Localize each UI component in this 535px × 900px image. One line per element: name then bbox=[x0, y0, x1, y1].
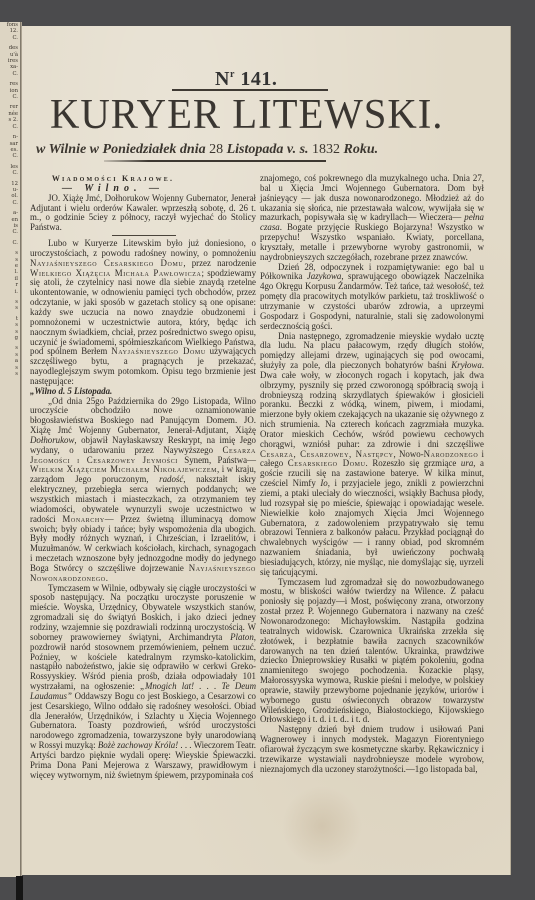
text-run-smallcaps: Cesarskiego Domu bbox=[288, 458, 366, 468]
text-run-smallcaps: Wielkiego Xiążęcia Michała Pawłowicza bbox=[30, 268, 201, 278]
dateline-suffix: Roku. bbox=[340, 142, 378, 157]
left-column: Wiadomości Krajowe. — Wilno. — JO. Xiążę… bbox=[30, 174, 256, 780]
margin-fragment: s bbox=[0, 371, 20, 377]
text-run: , i przyjaciele jego, znikli z powierzch… bbox=[260, 478, 484, 577]
text-run: . Bogate przyjęcie Ruskiego Bojarzyna! W… bbox=[260, 222, 484, 262]
text-run: Synem, Państwa— bbox=[178, 455, 256, 465]
issue-sup: r bbox=[230, 69, 235, 80]
text-run: . Dwa całe woły, w złoconych rogach i ko… bbox=[260, 360, 484, 449]
text-run-italic: Jazykowa bbox=[307, 271, 342, 281]
text-run: Lubo w Kuryerze Litewskim było już donie… bbox=[30, 238, 256, 258]
text-run-italic: ura bbox=[461, 458, 473, 468]
article-paragraph: „Od dnia 25go Października do 29go Listo… bbox=[30, 397, 256, 584]
text-run: , sprawującego obowiązek Naczelnika 4go … bbox=[260, 271, 484, 330]
dateline: w Wilnie w Poniedziałek dnia 28 Listopad… bbox=[36, 142, 496, 158]
text-run-smallcaps: Nayjaśnieyszego Cesarskiego Domu bbox=[30, 258, 183, 268]
text-run-smallcaps: Wielkim Xiążęciem Michałem Nikołajewicze… bbox=[30, 464, 217, 474]
masthead-rule-short bbox=[172, 89, 328, 91]
dateline-place: w Wilnie w Poniedziałek dnia bbox=[36, 142, 209, 157]
right-column: znajomego, coś pokrewnego dla muzykalneg… bbox=[260, 174, 484, 774]
separator-rule bbox=[112, 235, 176, 236]
newspaper-page: Nr 141. KURYER LITEWSKI. w Wilnie w Poni… bbox=[22, 26, 510, 875]
text-run-italic: Bożè zachoway Króla! bbox=[98, 740, 178, 750]
text-run: Tymczasem w Wilnie, odbywały się ciągłe … bbox=[30, 583, 256, 642]
issue-prefix: N bbox=[215, 68, 230, 90]
text-run-italic: radość bbox=[159, 474, 183, 484]
text-run-smallcaps: Monarchy bbox=[62, 514, 104, 524]
text-run-smallcaps: Nayjaśnieyszego Domu bbox=[111, 346, 206, 356]
dateline-day: 28 bbox=[209, 142, 223, 157]
text-run: „Od dnia 25go Października do 29go Listo… bbox=[30, 396, 256, 436]
dateline-year: 1832 bbox=[312, 142, 340, 157]
text-run: . bbox=[106, 573, 108, 583]
article-paragraph: Tymczasem w Wilnie, odbywały się ciągłe … bbox=[30, 584, 256, 781]
spine-shadow bbox=[16, 876, 23, 900]
article-paragraph: Tymczasem lud zgromadzał się do nowozbud… bbox=[260, 578, 484, 726]
text-run-smallcaps: Narodzonego bbox=[424, 449, 479, 459]
article-paragraph: Dnia następnego, zgromadzenie mieyskie w… bbox=[260, 332, 484, 578]
article-paragraph: Następny dzień był dniem trudow i usiłow… bbox=[260, 725, 484, 774]
newspaper-title: KURYER LITEWSKI. bbox=[50, 93, 477, 137]
text-run: znajomego, coś pokrewnego dla muzykalneg… bbox=[260, 173, 484, 222]
text-run-smallcaps: Cesarza, Cesarzowey, Następcy bbox=[260, 449, 394, 459]
issue-number: Nr 141. bbox=[215, 68, 315, 91]
text-run-italic: Dołhorukow bbox=[30, 435, 74, 445]
text-run: . Rozeszło się grzmiące bbox=[366, 458, 461, 468]
text-run: , Nowo- bbox=[394, 449, 424, 459]
issue-number-value: 141. bbox=[240, 68, 277, 90]
article-paragraph: JO. Xiążę Jmć, Dołhorukow Wojenny Gubern… bbox=[30, 194, 256, 233]
text-run: ; spodziewamy się atoli, że czytelnicy n… bbox=[30, 268, 256, 357]
previous-page-margin: fons12.C.desu'àiresxa-C.resionC.rernées … bbox=[0, 22, 21, 877]
text-run: , przez narodzenie bbox=[183, 258, 256, 268]
article-paragraph: znajomego, coś pokrewnego dla muzykalneg… bbox=[260, 174, 484, 263]
text-run-italic: Platon bbox=[230, 632, 254, 642]
article-paragraph: Lubo w Kuryerze Litewskim było już donie… bbox=[30, 239, 256, 387]
dateline-month: Listopada v. s. bbox=[223, 142, 312, 157]
text-run-italic: Kryłowa bbox=[451, 360, 482, 370]
article-paragraph: Dzień 28, odpoczynek i rozpamiętywanie: … bbox=[260, 263, 484, 332]
text-run-italic: Io bbox=[320, 478, 327, 488]
masthead-rule-long bbox=[104, 160, 326, 162]
